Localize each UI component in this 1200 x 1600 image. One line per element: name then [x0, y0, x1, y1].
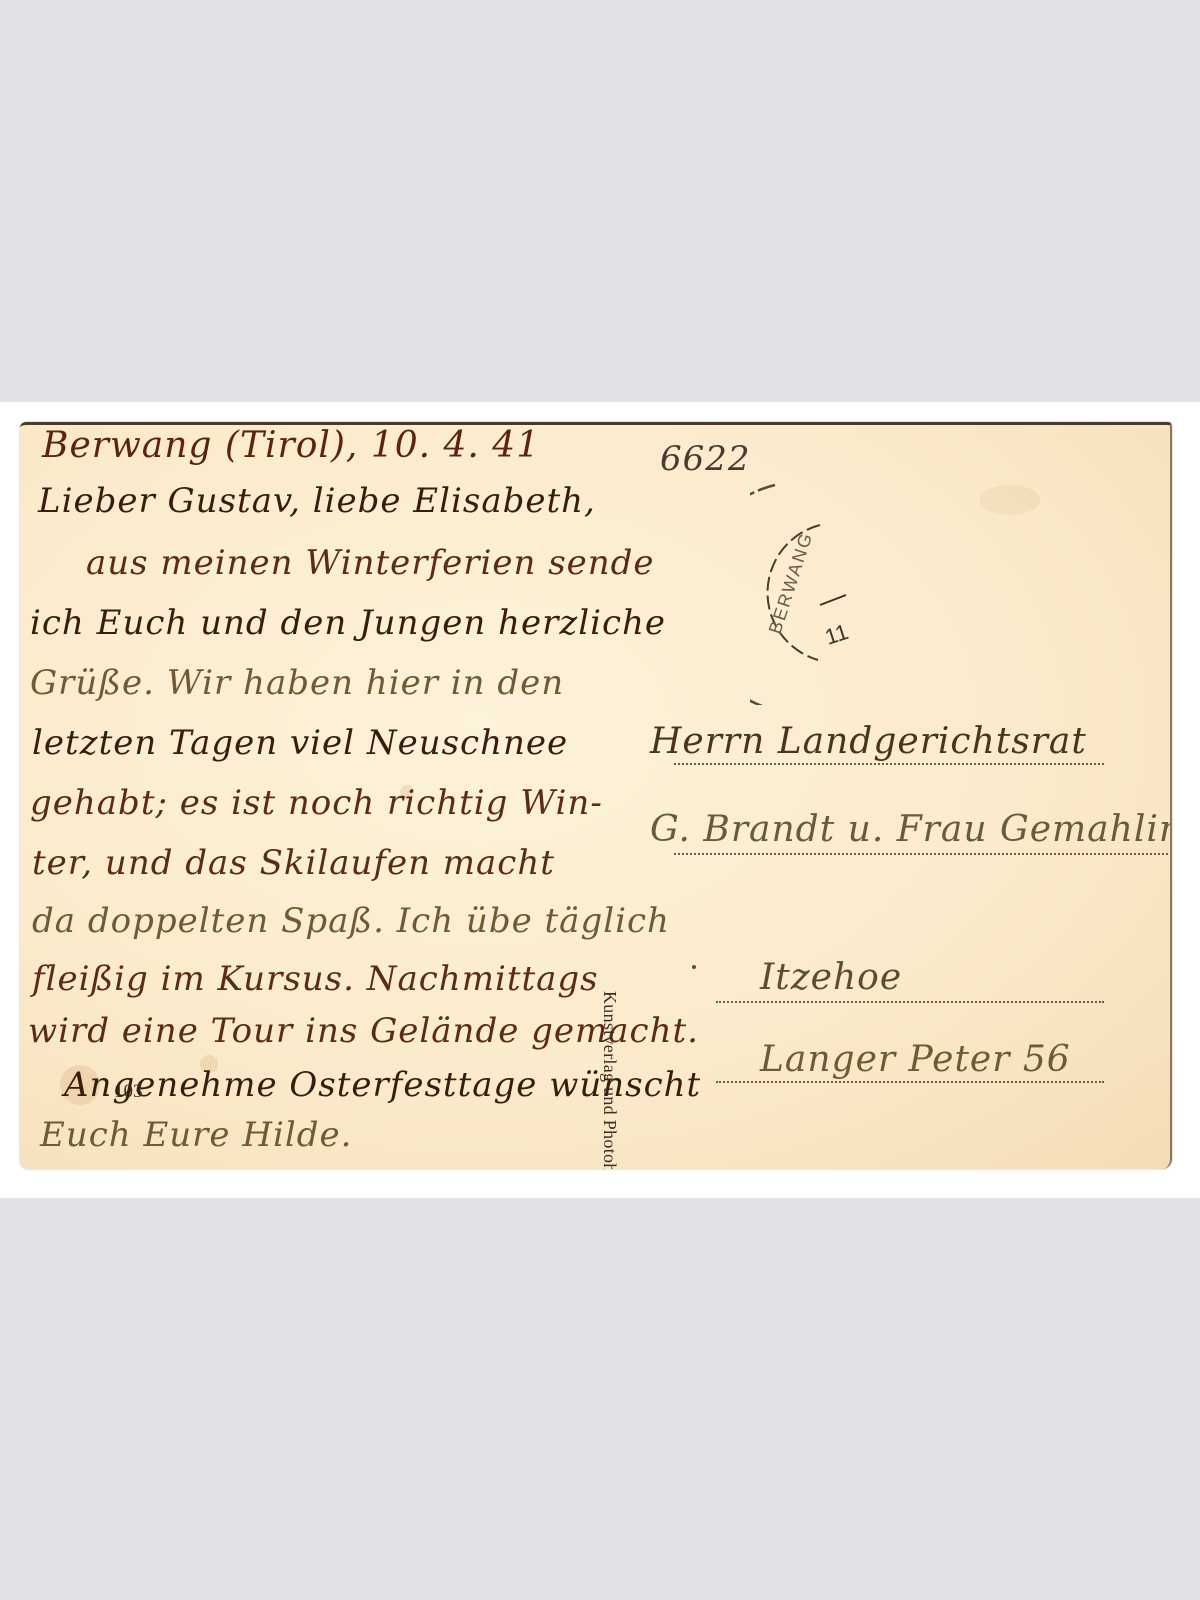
image-viewer: Berwang (Tirol), 10. 4. 41 Lieber Gustav… — [0, 0, 1200, 1600]
message-line: fleißig im Kursus. Nachmittags — [32, 959, 599, 999]
address-rule — [716, 1001, 1104, 1003]
address-line-street: Langer Peter 56 — [760, 1039, 1071, 1080]
publisher-imprint: Kunstverlag und Photohaus „Fredy" Berwan… — [599, 991, 620, 1169]
address-rule — [674, 763, 1104, 765]
postmark-stamp: BERWANG 11 — [750, 465, 920, 705]
message-line: ter, und das Skilaufen macht — [32, 843, 555, 883]
ink-speck — [692, 965, 696, 969]
paper-stain — [980, 485, 1040, 515]
message-line: Grüße. Wir haben hier in den — [30, 663, 564, 703]
svg-text:11: 11 — [822, 619, 851, 650]
message-line: letzten Tagen viel Neuschnee — [32, 723, 568, 763]
svg-text:BERWANG: BERWANG — [765, 529, 817, 636]
message-line: aus meinen Winterferien sende — [86, 543, 655, 583]
address-line-title: Herrn Landgerichtsrat — [650, 721, 1087, 762]
message-line: da doppelten Spaß. Ich übe täglich — [32, 901, 670, 941]
address-rule — [716, 1081, 1104, 1083]
salutation: Lieber Gustav, liebe Elisabeth, — [38, 481, 596, 521]
postcard-back: Berwang (Tirol), 10. 4. 41 Lieber Gustav… — [20, 422, 1172, 1169]
postmark-icon: BERWANG 11 — [750, 465, 920, 705]
address-line-name: G. Brandt u. Frau Gemahlin — [650, 809, 1172, 850]
reference-number: 6622 — [660, 439, 751, 479]
address-rule — [674, 853, 1172, 855]
message-line: ich Euch und den Jungen herzliche — [30, 603, 666, 643]
place-date-line: Berwang (Tirol), 10. 4. 41 — [42, 425, 540, 466]
signature-line: Euch Eure Hilde. — [40, 1115, 352, 1155]
address-line-city: Itzehoe — [760, 957, 902, 998]
message-line: gehabt; es ist noch richtig Win- — [30, 783, 603, 823]
card-number: 103 — [114, 1081, 143, 1103]
